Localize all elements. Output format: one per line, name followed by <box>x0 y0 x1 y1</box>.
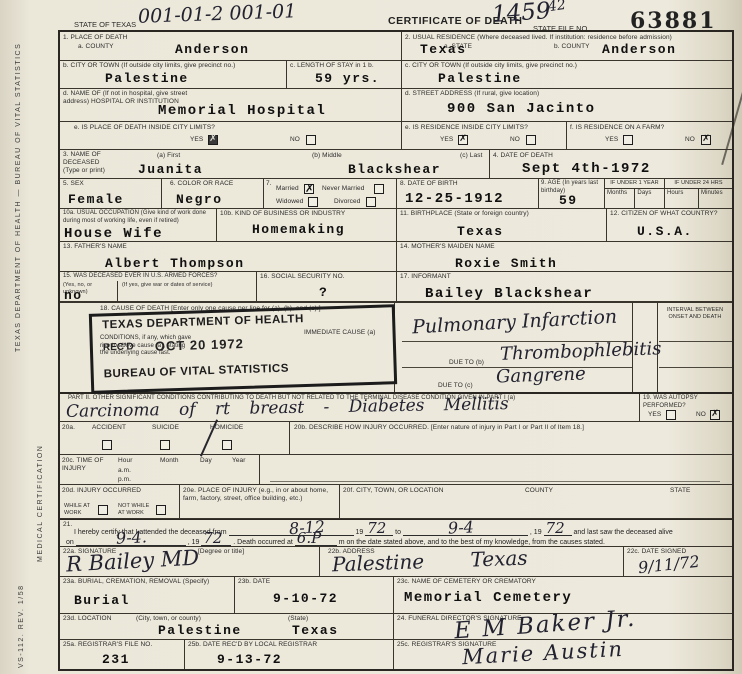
death-inside-city-limits-label: e. IS PLACE OF DEATH INSIDE CITY LIMITS? <box>74 124 215 132</box>
rail-bureau-label: TEXAS DEPARTMENT OF HEALTH — BUREAU OF V… <box>15 62 22 352</box>
field-part2-conditions: PART II. OTHER SIGNIFICANT CONDITIONS CO… <box>60 394 640 421</box>
informant-label: 17. INFORMANT <box>400 273 451 281</box>
field-cause-of-death: 18. CAUSE OF DEATH [Enter only one cause… <box>60 302 732 394</box>
interval-onset-death-label: INTERVAL BETWEEN ONSET AND DEATH <box>660 307 730 321</box>
registrar-file-no-label: 25a. REGISTRAR'S FILE NO. <box>63 641 152 649</box>
date-received-value: 9-13-72 <box>217 652 282 667</box>
armed-forces-value: no <box>64 288 83 303</box>
cert-hw-year3: 72 <box>203 529 222 547</box>
date-of-birth-label: 8. DATE OF BIRTH <box>400 180 458 188</box>
cert-text-4: , 19 <box>530 529 542 536</box>
middle-name-label: (b) Middle <box>312 152 342 160</box>
cert-text-5: and last saw the deceased alive <box>574 529 673 536</box>
street-address-label: d. STREET ADDRESS (If rural, give locati… <box>405 90 655 98</box>
certificate-form: 1. PLACE OF DEATH a. COUNTY Anderson 2. … <box>58 30 734 671</box>
residence-city-value: Palestine <box>438 71 522 86</box>
checkbox-residence-inside-city-no <box>526 135 536 145</box>
field-date-received: 25b. DATE REC'D BY LOCAL REGISTRAR 9-13-… <box>185 640 394 669</box>
cert-blank-from: 8-12 <box>229 526 354 536</box>
burial-date-value: 9-10-72 <box>273 591 338 606</box>
cert-hw-year1: 72 <box>367 519 386 537</box>
field-color-or-race: 6. COLOR OR RACE Negro <box>162 179 264 208</box>
color-or-race-label: 6. COLOR OR RACE <box>170 180 233 188</box>
month-label: Month <box>160 457 179 465</box>
field-if-under-1-year: IF UNDER 1 YEAR Months Days <box>605 179 665 208</box>
age-value: 59 <box>559 193 578 208</box>
months-label: Months <box>605 189 635 209</box>
field-burial-date: 23b. DATE 9-10-72 <box>235 577 394 613</box>
field-street-address: d. STREET ADDRESS (If rural, give locati… <box>402 89 732 121</box>
checkbox-death-inside-city-no <box>306 135 316 145</box>
field-mothers-maiden-name: 14. MOTHER'S MAIDEN NAME Roxie Smith <box>397 242 732 271</box>
accident-label: ACCIDENT <box>92 424 126 432</box>
checkbox-autopsy-yes <box>666 410 676 420</box>
burial-location-sub1: (City, town, or county) <box>136 615 201 623</box>
armed-forces-divider <box>117 281 118 301</box>
place-of-death-title: 1. PLACE OF DEATH <box>63 34 127 42</box>
due-to-b-label: DUE TO (b) <box>449 359 484 367</box>
manner-num-label: 20a. <box>62 424 75 432</box>
checkbox-while-at-work <box>98 505 108 515</box>
length-of-stay-value: 59 yrs. <box>315 71 380 86</box>
residence-inside-city-limits-label: e. IS RESIDENCE INSIDE CITY LIMITS? <box>405 124 528 132</box>
if-under-24-hrs-label: IF UNDER 24 HRS <box>665 179 732 189</box>
type-or-print-label: (Type or print) <box>63 167 105 175</box>
stamp-date: OCT 20 1972 <box>155 336 244 354</box>
field-burial-type: 23a. BURIAL, CREMATION, REMOVAL (Specify… <box>60 577 235 613</box>
registrar-file-no-value: 231 <box>102 652 130 667</box>
not-while-at-work-label: NOT WHILE AT WORK <box>118 503 152 517</box>
field-date-of-birth: 8. DATE OF BIRTH 12-25-1912 <box>397 179 539 208</box>
injury-writing-line <box>270 481 720 482</box>
injury-city-label: 20f. CITY, TOWN, OR LOCATION <box>343 487 444 495</box>
burial-type-label: 23a. BURIAL, CREMATION, REMOVAL (Specify… <box>63 578 228 586</box>
birthplace-value: Texas <box>457 224 504 239</box>
social-security-value: ? <box>319 285 328 300</box>
field-time-of-injury: 20c. TIME OF INJURY Hour a.m. p.m. Month… <box>60 455 260 484</box>
widowed-label: Widowed <box>276 198 303 206</box>
last-name-label: (c) Last <box>460 152 482 160</box>
certification-num: 21. <box>63 521 72 529</box>
interval-rule-2 <box>659 367 732 368</box>
date-of-death-value: Sept 4th-1972 <box>522 161 651 177</box>
never-married-label: Never Married <box>322 185 364 193</box>
handwritten-small-number: 42 <box>547 0 567 15</box>
field-funeral-director-signature: 24. FUNERAL DIRECTOR'S SIGNATURE E M Bak… <box>394 614 732 639</box>
rail-form-code: VS-112. REV. 1/58 <box>18 578 25 668</box>
usual-residence-title: 2. USUAL RESIDENCE (Where deceased lived… <box>405 34 729 42</box>
field-manner-of-death: 20a. ACCIDENT SUICIDE HOMICIDE <box>60 422 290 454</box>
checkbox-residence-on-farm-yes <box>623 135 633 145</box>
suicide-label: SUICIDE <box>152 424 179 432</box>
married-label: Married <box>276 185 299 193</box>
stamp-bureau-line: BUREAU OF VITAL STATISTICS <box>104 363 290 381</box>
armed-forces-label: 15. WAS DECEASED EVER IN U.S. ARMED FORC… <box>63 273 253 281</box>
how-injury-occurred-label: 20b. DESCRIBE HOW INJURY OCCURRED. [Ente… <box>294 424 724 432</box>
birthplace-label: 11. BIRTHPLACE (State or foreign country… <box>400 210 529 218</box>
cert-hw-lastsaw: 9-4. <box>115 527 147 548</box>
hours-label: Hours <box>665 189 699 209</box>
residence-state-value: Texas <box>420 42 467 57</box>
checkbox-homicide <box>222 440 232 450</box>
field-cemetery-name: 23c. NAME OF CEMETERY OR CREMATORY Memor… <box>394 577 732 613</box>
burial-location-label: 23d. LOCATION <box>63 615 112 623</box>
handwritten-slash-stroke <box>200 419 218 456</box>
checkbox-autopsy-no: ✗ <box>710 410 720 420</box>
informant-value: Bailey Blackshear <box>425 286 593 302</box>
cemetery-name-value: Memorial Cemetery <box>404 590 572 606</box>
no-label: NO <box>685 136 695 144</box>
cert-blank-year1: 72 <box>365 526 393 536</box>
field-marital-status: 7. Married ✗ Never Married Widowed Divor… <box>264 179 397 208</box>
interval-rule-1 <box>659 341 732 342</box>
checkbox-death-inside-city-yes: ✗ <box>208 135 218 145</box>
fathers-name-value: Albert Thompson <box>105 256 245 271</box>
cause-b-value: Thrombophlebitis <box>500 338 662 365</box>
injury-occurred-label: 20d. INJURY OCCURRED <box>62 487 172 495</box>
cert-blank-year3: 72 <box>201 536 231 546</box>
hospital-value: Memorial Hospital <box>158 103 326 119</box>
no-label: NO <box>696 411 706 419</box>
residence-on-farm-label: f. IS RESIDENCE ON A FARM? <box>570 124 664 132</box>
cause-c-value: Gangrene <box>496 363 586 387</box>
checkbox-widowed <box>308 197 318 207</box>
field-autopsy: 19. WAS AUTOPSY PERFORMED? YES NO ✗ <box>640 394 732 421</box>
cert-text-9: m on the date stated above, and to the b… <box>339 539 605 546</box>
yes-label: YES <box>440 136 453 144</box>
no-label: NO <box>510 136 520 144</box>
field-date-signed: 22c. DATE SIGNED 9/11/72 <box>624 547 732 576</box>
field-hospital: d. NAME OF (If not in hospital, give str… <box>60 89 402 121</box>
field-injury-location: 20f. CITY, TOWN, OR LOCATION COUNTY STAT… <box>340 485 732 518</box>
field-usual-occupation: 10a. USUAL OCCUPATION (Give kind of work… <box>60 209 217 241</box>
residence-city-label: c. CITY OR TOWN (If outside city limits,… <box>405 62 705 70</box>
field-birthplace: 11. BIRTHPLACE (State or foreign country… <box>397 209 607 241</box>
yes-label: YES <box>648 411 661 419</box>
cert-blank-hour: 6.P <box>295 536 337 546</box>
mothers-maiden-name-value: Roxie Smith <box>455 256 557 271</box>
cert-text-6: on <box>66 539 74 546</box>
while-at-work-label: WHILE AT WORK <box>64 503 96 517</box>
cert-text-2: 19 <box>355 529 363 536</box>
field-physician-address: 22b. ADDRESS Palestine Texas <box>320 547 624 576</box>
burial-location-sub2: (State) <box>288 615 308 623</box>
mothers-maiden-name-label: 14. MOTHER'S MAIDEN NAME <box>400 243 495 251</box>
rail-medical-certification-label: MEDICAL CERTIFICATION <box>37 392 44 562</box>
handwritten-district-codes: 001-01-2 001-01 <box>138 0 297 28</box>
length-of-stay-label: c. LENGTH OF STAY in 1 b. <box>290 62 390 70</box>
checkbox-accident <box>102 440 112 450</box>
usual-occupation-label: 10a. USUAL OCCUPATION (Give kind of work… <box>63 210 213 225</box>
date-received-label: 25b. DATE REC'D BY LOCAL REGISTRAR <box>188 641 317 649</box>
minutes-label: Minutes <box>699 189 732 209</box>
certification-line1: I hereby certify that I attended the dec… <box>74 526 673 536</box>
degree-or-title-label: [Degree or title] <box>198 548 244 556</box>
field-physician-signature: 22a. SIGNATURE [Degree or title] R Baile… <box>60 547 320 576</box>
color-or-race-value: Negro <box>176 192 223 207</box>
cert-blank-to: 9-4 <box>403 526 528 536</box>
field-residence-city: c. CITY OR TOWN (If outside city limits,… <box>402 61 732 88</box>
social-security-label: 16. SOCIAL SECURITY NO. <box>260 273 345 281</box>
field-armed-forces: 15. WAS DECEASED EVER IN U.S. ARMED FORC… <box>60 272 257 301</box>
field-date-of-death: 4. DATE OF DEATH Sept 4th-1972 <box>490 150 732 178</box>
street-address-value: 900 San Jacinto <box>447 101 596 117</box>
residence-county-value: Anderson <box>602 42 676 57</box>
field-place-of-death: 1. PLACE OF DEATH a. COUNTY Anderson <box>60 32 402 60</box>
county-value: Anderson <box>175 42 249 57</box>
field-certification: 21. I hereby certify that I attended the… <box>60 519 732 547</box>
day-label: Day <box>200 457 212 465</box>
sex-value: Female <box>68 192 124 207</box>
field-age: 9. AGE (In years last birthday) 59 <box>539 179 605 208</box>
cert-text-3: to <box>395 529 401 536</box>
certification-line2: on 9-4. , 19 72 . Death occurred at 6.P … <box>66 536 605 546</box>
checkbox-not-while-at-work <box>156 505 166 515</box>
field-registrar-file-no: 25a. REGISTRAR'S FILE NO. 231 <box>60 640 185 669</box>
stamp-dept-line: TEXAS DEPARTMENT OF HEALTH <box>102 313 304 331</box>
name-of-deceased-label: 3. NAME OF DECEASED <box>63 151 123 167</box>
field-fathers-name: 13. FATHER'S NAME Albert Thompson <box>60 242 397 271</box>
date-of-death-label: 4. DATE OF DEATH <box>493 152 553 160</box>
state-of-texas-label: STATE OF TEXAS <box>74 20 136 29</box>
injury-county-label: COUNTY <box>525 487 553 495</box>
yes-label: YES <box>190 136 203 144</box>
citizen-country-label: 12. CITIZEN OF WHAT COUNTRY? <box>610 210 728 218</box>
burial-date-label: 23b. DATE <box>238 578 270 586</box>
checkbox-suicide <box>160 440 170 450</box>
due-to-c-label: DUE TO (c) <box>438 382 473 390</box>
field-social-security: 16. SOCIAL SECURITY NO. ? <box>257 272 397 301</box>
field-citizen-country: 12. CITIZEN OF WHAT COUNTRY? U.S.A. <box>607 209 732 241</box>
field-injury-description-area <box>260 455 732 484</box>
residence-county-label: b. COUNTY <box>554 43 590 51</box>
sex-label: 5. SEX <box>63 180 84 188</box>
cemetery-name-label: 23c. NAME OF CEMETERY OR CREMATORY <box>397 578 536 586</box>
death-certificate-scan: { "colors": {"paper":"#eae6d8","ink":"#1… <box>0 0 742 674</box>
stamp-recd-label: REC'D <box>103 341 134 353</box>
checkbox-divorced <box>366 197 376 207</box>
city-of-death-label: b. CITY OR TOWN (If outside city limits,… <box>63 62 281 70</box>
field-usual-residence: 2. USUAL RESIDENCE (Where deceased lived… <box>402 32 732 60</box>
field-registrar-signature: 25c. REGISTRAR'S SIGNATURE Marie Austin <box>394 640 732 669</box>
field-residence-on-farm: f. IS RESIDENCE ON A FARM? YES NO ✗ <box>567 122 732 149</box>
citizen-country-value: U.S.A. <box>637 224 693 239</box>
cert-hw-to: 9-4 <box>447 517 474 537</box>
time-of-injury-label: 20c. TIME OF INJURY <box>62 457 110 473</box>
date-of-birth-value: 12-25-1912 <box>405 191 504 207</box>
field-if-under-24-hrs: IF UNDER 24 HRS Hours Minutes <box>665 179 732 208</box>
cert-hw-hour: 6.P <box>297 529 321 547</box>
cert-blank-year2: 72 <box>544 526 572 536</box>
field-informant: 17. INFORMANT Bailey Blackshear <box>397 272 732 301</box>
cert-blank-lastsaw: 9-4. <box>76 536 186 546</box>
checkbox-residence-inside-city-yes: ✗ <box>458 135 468 145</box>
days-label: Days <box>635 189 664 209</box>
cert-text-8: . Death occurred at <box>233 539 293 546</box>
autopsy-label: 19. WAS AUTOPSY PERFORMED? <box>643 395 728 410</box>
received-stamp: TEXAS DEPARTMENT OF HEALTH REC'D OCT 20 … <box>89 304 397 394</box>
hour-label: Hour <box>118 457 133 465</box>
if-under-1-year-label: IF UNDER 1 YEAR <box>605 179 664 189</box>
last-name-value: Blackshear <box>348 162 441 177</box>
pm-label: p.m. <box>118 476 131 484</box>
field-death-inside-city-limits: e. IS PLACE OF DEATH INSIDE CITY LIMITS?… <box>60 122 402 149</box>
first-name-label: (a) First <box>157 152 180 160</box>
burial-type-value: Burial <box>74 593 130 608</box>
am-label: a.m. <box>118 467 131 475</box>
field-residence-inside-city-limits: e. IS RESIDENCE INSIDE CITY LIMITS? YES … <box>402 122 567 149</box>
no-label: NO <box>290 136 300 144</box>
checkbox-never-married <box>374 184 384 194</box>
first-name-value: Juanita <box>138 162 203 177</box>
armed-forces-sub2: (If yes, give war or dates of service) <box>122 282 252 289</box>
business-industry-label: 10b. KIND OF BUSINESS OR INDUSTRY <box>220 210 390 218</box>
marital-num-label: 7. <box>266 180 272 188</box>
usual-occupation-value: House Wife <box>64 226 163 242</box>
place-of-injury-label: 20e. PLACE OF INJURY (e.g., in or about … <box>183 487 333 503</box>
field-injury-occurred: 20d. INJURY OCCURRED WHILE AT WORK NOT W… <box>60 485 180 518</box>
field-how-injury-occurred: 20b. DESCRIBE HOW INJURY OCCURRED. [Ente… <box>290 422 732 454</box>
injury-state-label: STATE <box>670 487 690 495</box>
field-sex: 5. SEX Female <box>60 179 162 208</box>
city-of-death-value: Palestine <box>105 71 189 86</box>
business-industry-value: Homemaking <box>252 222 345 237</box>
cause-a-value: Pulmonary Infarction <box>412 306 618 339</box>
cert-hw-year2: 72 <box>546 519 565 537</box>
county-label: a. COUNTY <box>78 43 114 51</box>
divorced-label: Divorced <box>334 198 360 206</box>
year-label: Year <box>232 457 246 465</box>
field-burial-location: 23d. LOCATION (City, town, or county) (S… <box>60 614 394 639</box>
checkbox-married: ✗ <box>304 184 314 194</box>
field-length-of-stay: c. LENGTH OF STAY in 1 b. 59 yrs. <box>287 61 402 88</box>
burial-location-state: Texas <box>292 623 339 638</box>
fathers-name-label: 13. FATHER'S NAME <box>63 243 127 251</box>
field-city-of-death: b. CITY OR TOWN (If outside city limits,… <box>60 61 287 88</box>
field-place-of-injury: 20e. PLACE OF INJURY (e.g., in or about … <box>180 485 340 518</box>
checkbox-residence-on-farm-no: ✗ <box>701 135 711 145</box>
yes-label: YES <box>605 136 618 144</box>
burial-location-city: Palestine <box>158 623 242 638</box>
field-name-of-deceased: 3. NAME OF DECEASED (Type or print) (a) … <box>60 150 490 178</box>
field-business-industry: 10b. KIND OF BUSINESS OR INDUSTRY Homema… <box>217 209 397 241</box>
